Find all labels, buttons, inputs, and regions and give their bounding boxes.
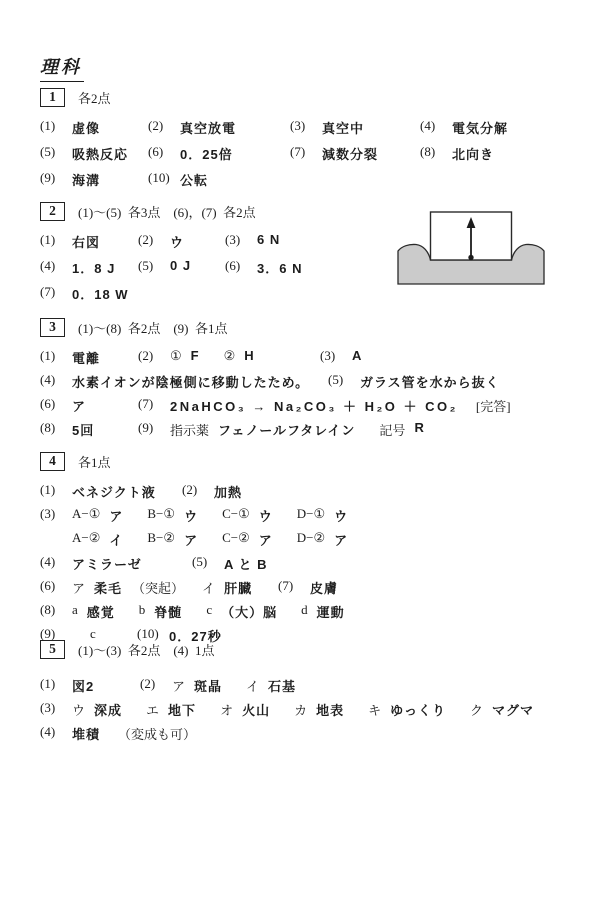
- question-number: (2): [140, 676, 172, 692]
- answer-text: 石基: [268, 676, 296, 695]
- question-number: (7): [138, 396, 170, 412]
- answer-row: (4)アミラーゼ(5)A と B: [40, 554, 586, 578]
- answer-key: 指示薬: [170, 420, 209, 439]
- answer-text: 地下: [168, 700, 196, 719]
- answer-key: ア: [172, 676, 185, 695]
- answer-text: 0 J: [170, 258, 191, 273]
- answer-row: (7)0．18 W: [40, 284, 586, 310]
- answer-cell: (1)虚像: [40, 118, 148, 137]
- answer-cell: (6)3．6 N: [225, 258, 302, 277]
- answer-row: (9)海溝(10)公転: [40, 170, 586, 196]
- answer-text: 水素イオンが陰極側に移動したため。: [72, 372, 309, 391]
- answer-cell: (1)ベネジクト液: [40, 482, 182, 501]
- answer-key: 記号: [379, 420, 405, 439]
- section-points: 各1点: [78, 452, 111, 471]
- answer-text: 地表: [316, 700, 344, 719]
- answer-text: 真空放電: [180, 118, 236, 137]
- answer-key-page: 理科 1各2点(1)虚像(2)真空放電(3)真空中(4)電気分解(5)吸熱反応(…: [0, 0, 600, 900]
- question-number: (7): [290, 144, 322, 160]
- question-number: (1): [40, 348, 72, 364]
- answer-cell: (7)2NaHCO₃ → Na₂CO₃ ＋ H₂O ＋ CO₂[完答]: [138, 396, 511, 415]
- section-points: (1)～(3) 各2点 (4) 1点: [78, 640, 214, 659]
- question-number: (6): [40, 578, 72, 594]
- answer-text: （大）脳: [221, 602, 277, 621]
- answer-key: ク: [470, 700, 483, 719]
- answer-text: 脊髄: [154, 602, 182, 621]
- answer-cell: (3)真空中: [290, 118, 420, 137]
- answer-row: (1)ベネジクト液(2)加熱: [40, 482, 586, 506]
- question-number: (5): [40, 144, 72, 160]
- answer-text: 吸熱反応: [72, 144, 128, 163]
- answer-cell: (5)A と B: [192, 554, 268, 573]
- answer-text: 2NaHCO₃ → Na₂CO₃ ＋ H₂O ＋ CO₂: [170, 396, 458, 415]
- answer-row: (3)A−①アB−①ウC−①ウD−①ウ: [40, 506, 586, 530]
- answer-cell: (4)電気分解: [420, 118, 508, 137]
- answer-cell: (5)ガラス管を水から抜く: [328, 372, 500, 391]
- section-header: 3(1)～(8) 各2点 (9) 各1点: [40, 318, 586, 336]
- answer-cell: (8)a感覚b脊髄c（大）脳d運動: [40, 602, 369, 621]
- section-points: (1)～(8) 各2点 (9) 各1点: [78, 318, 227, 337]
- section-1: 1各2点(1)虚像(2)真空放電(3)真空中(4)電気分解(5)吸熱反応(6)0…: [40, 88, 586, 196]
- question-number: (4): [420, 118, 452, 134]
- answer-row: (4)水素イオンが陰極側に移動したため。(5)ガラス管を水から抜く: [40, 372, 586, 396]
- section-header: 4各1点: [40, 452, 586, 470]
- question-number: (3): [225, 232, 257, 248]
- answer-text: ウ: [334, 506, 348, 525]
- answer-cell: (2)ウ: [138, 232, 225, 251]
- answer-text: イ: [109, 530, 123, 549]
- answer-key: D−②: [297, 530, 325, 546]
- answer-cell: (8)5回: [40, 420, 138, 439]
- answer-text: ゆっくり: [390, 700, 446, 719]
- question-number: (4): [40, 554, 72, 570]
- answer-text: 電離: [72, 348, 100, 367]
- answer-cell: (9)指示薬フェノールフタレイン記号R: [138, 420, 449, 439]
- question-number: (2): [138, 232, 170, 248]
- answer-cell: (9)海溝: [40, 170, 148, 189]
- question-number: (2): [148, 118, 180, 134]
- answer-key: ウ: [72, 700, 85, 719]
- question-number: (7): [278, 578, 310, 594]
- answer-text: ア: [109, 506, 123, 525]
- answer-text: H: [244, 348, 254, 363]
- answer-text: ウ: [184, 506, 198, 525]
- section-3: 3(1)～(8) 各2点 (9) 各1点(1)電離(2)①F②H(3)A(4)水…: [40, 318, 586, 444]
- answer-cell: (3)A: [320, 348, 362, 364]
- answer-note: （突起）: [132, 578, 184, 597]
- answer-cell: (6)0．25倍: [148, 144, 290, 163]
- question-number: (5): [138, 258, 170, 274]
- answer-cell: (10)公転: [148, 170, 208, 189]
- answer-key: c: [206, 602, 212, 618]
- section-number-box: 1: [40, 88, 65, 107]
- answer-cell: (2)ア斑晶イ石基: [140, 676, 320, 695]
- answer-text: ア: [184, 530, 198, 549]
- question-number: (2): [182, 482, 214, 498]
- question-number: (5): [192, 554, 224, 570]
- answer-row: (6)ア(7)2NaHCO₃ → Na₂CO₃ ＋ H₂O ＋ CO₂[完答]: [40, 396, 586, 420]
- answer-key: A−②: [72, 530, 100, 546]
- answer-row: (4)堆積（変成も可）: [40, 724, 586, 748]
- answer-cell: (1)図2: [40, 676, 140, 695]
- section-number-box: 5: [40, 640, 65, 659]
- section-points: 各2点: [78, 88, 111, 107]
- answer-cell: (3)A−①アB−①ウC−①ウD−①ウ: [40, 506, 372, 525]
- answer-text: R: [414, 420, 424, 435]
- answer-cell: (2)①F②H: [138, 348, 320, 364]
- section-number-box: 3: [40, 318, 65, 337]
- answer-text: 真空中: [322, 118, 364, 137]
- answer-cell: (1)電離: [40, 348, 138, 367]
- answer-cell: (2)加熱: [182, 482, 242, 501]
- answer-text: F: [191, 348, 200, 363]
- answer-text: 5回: [72, 420, 94, 439]
- section-header: 5(1)～(3) 各2点 (4) 1点: [40, 640, 586, 658]
- answer-key: イ: [202, 578, 215, 597]
- question-number: (3): [290, 118, 322, 134]
- answer-text: 斑晶: [194, 676, 222, 695]
- answer-text: 右図: [72, 232, 100, 251]
- answer-cell: (7)減数分裂: [290, 144, 420, 163]
- answer-key: オ: [220, 700, 233, 719]
- answer-text: ウ: [259, 506, 273, 525]
- answer-text: 0．25倍: [180, 144, 233, 163]
- answer-text: 火山: [242, 700, 270, 719]
- question-number: (8): [40, 602, 72, 618]
- answer-row: (1)虚像(2)真空放電(3)真空中(4)電気分解: [40, 118, 586, 144]
- answer-key: ア: [72, 578, 85, 597]
- section-5: 5(1)～(3) 各2点 (4) 1点(1)図2(2)ア斑晶イ石基(3)ウ深成エ…: [40, 640, 586, 748]
- answer-text: A と B: [224, 554, 268, 573]
- answer-text: 図2: [72, 676, 94, 695]
- answer-cell: (1)右図: [40, 232, 138, 251]
- answer-key: b: [139, 602, 146, 618]
- answer-text: 6 N: [257, 232, 280, 247]
- answer-text: ベネジクト液: [72, 482, 156, 501]
- answer-text: 北向き: [452, 144, 494, 163]
- question-number: (9): [40, 170, 72, 186]
- answer-cell: (2)真空放電: [148, 118, 290, 137]
- answer-key: C−①: [222, 506, 250, 522]
- answer-row: (5)吸熱反応(6)0．25倍(7)減数分裂(8)北向き: [40, 144, 586, 170]
- answer-text: 加熱: [214, 482, 242, 501]
- answer-key: キ: [368, 700, 381, 719]
- answer-key: ①: [170, 348, 182, 364]
- answer-text: 肝臓: [224, 578, 252, 597]
- section-4: 4各1点(1)ベネジクト液(2)加熱(3)A−①アB−①ウC−①ウD−①ウA−②…: [40, 452, 586, 650]
- answer-note: （変成も可）: [118, 724, 196, 743]
- answer-text: 柔毛: [94, 578, 122, 597]
- section-number-box: 2: [40, 202, 65, 221]
- question-number: (6): [225, 258, 257, 274]
- question-number: (8): [420, 144, 452, 160]
- answer-key: ②: [224, 348, 236, 364]
- question-number: (4): [40, 724, 72, 740]
- force-diagram: [394, 204, 548, 286]
- answer-text: 感覚: [87, 602, 115, 621]
- answer-key: C−②: [222, 530, 250, 546]
- answer-text: 公転: [180, 170, 208, 189]
- answer-key: カ: [294, 700, 307, 719]
- question-number: (6): [148, 144, 180, 160]
- answer-cell: (7)皮膚: [278, 578, 338, 597]
- answer-text: ア: [334, 530, 348, 549]
- answer-key: エ: [146, 700, 159, 719]
- question-number: (1): [40, 676, 72, 692]
- question-number: (1): [40, 118, 72, 134]
- answer-text: ア: [259, 530, 273, 549]
- answer-cell: (6)ア: [40, 396, 138, 415]
- answer-text: 減数分裂: [322, 144, 378, 163]
- answer-text: ア: [72, 396, 86, 415]
- question-number: (5): [328, 372, 360, 388]
- answer-key: A−①: [72, 506, 100, 522]
- answer-text: 電気分解: [452, 118, 508, 137]
- answer-text: ウ: [170, 232, 184, 251]
- answer-key: D−①: [297, 506, 325, 522]
- answer-cell: (5)吸熱反応: [40, 144, 148, 163]
- answer-cell: (4)水素イオンが陰極側に移動したため。: [40, 372, 328, 391]
- answer-text: 3．6 N: [257, 258, 302, 277]
- answer-cell: (5)0 J: [138, 258, 225, 274]
- answer-row: (8)a感覚b脊髄c（大）脳d運動: [40, 602, 586, 626]
- answer-text: マグマ: [492, 700, 534, 719]
- section-header: 1各2点: [40, 88, 586, 106]
- answer-row: (8)5回(9)指示薬フェノールフタレイン記号R: [40, 420, 586, 444]
- answer-row: (6)ア柔毛（突起）イ肝臓(7)皮膚: [40, 578, 586, 602]
- answer-text: 1．8 J: [72, 258, 115, 277]
- answer-text: 0．18 W: [72, 284, 129, 303]
- question-number: (1): [40, 482, 72, 498]
- question-number: (7): [40, 284, 72, 300]
- question-number: (3): [40, 700, 72, 716]
- answer-key: B−①: [147, 506, 175, 522]
- answer-text: 運動: [317, 602, 345, 621]
- answer-cell: (4)1．8 J: [40, 258, 138, 277]
- answer-cell: (8)北向き: [420, 144, 494, 163]
- answer-row: (3)ウ深成エ地下オ火山カ地表キゆっくりクマグマ: [40, 700, 586, 724]
- question-number: (4): [40, 258, 72, 274]
- answer-cell: (4)アミラーゼ: [40, 554, 192, 573]
- answer-text: フェノールフタレイン: [218, 420, 355, 439]
- page-title: 理科: [40, 53, 84, 82]
- question-number: (3): [40, 506, 72, 522]
- answer-text: 深成: [94, 700, 122, 719]
- answer-text: 海溝: [72, 170, 100, 189]
- question-number: (1): [40, 232, 72, 248]
- answer-key: B−②: [147, 530, 175, 546]
- section-number-box: 4: [40, 452, 65, 471]
- question-number: (3): [320, 348, 352, 364]
- question-number: (6): [40, 396, 72, 412]
- answer-note: [完答]: [476, 396, 511, 415]
- answer-cell: (4)堆積（変成も可）: [40, 724, 196, 743]
- answer-cell: (3)ウ深成エ地下オ火山カ地表キゆっくりクマグマ: [40, 700, 558, 719]
- force-origin-dot: [468, 255, 473, 260]
- answer-text: アミラーゼ: [72, 554, 142, 573]
- answer-cell: (6)ア柔毛（突起）イ肝臓: [40, 578, 278, 597]
- question-number: (9): [138, 420, 170, 436]
- answer-cell: A−②イB−②アC−②アD−②ア: [40, 530, 372, 549]
- question-number: (2): [138, 348, 170, 364]
- question-number: (4): [40, 372, 72, 388]
- answer-text: 堆積: [72, 724, 100, 743]
- answer-cell: (3)6 N: [225, 232, 280, 248]
- answer-cell: (7)0．18 W: [40, 284, 129, 303]
- answer-text: 虚像: [72, 118, 100, 137]
- answer-key: イ: [246, 676, 259, 695]
- question-number: (10): [148, 170, 180, 186]
- answer-text: A: [352, 348, 362, 363]
- section-points: (1)～(5) 各3点 (6)，(7) 各2点: [78, 202, 256, 221]
- answer-text: 皮膚: [310, 578, 338, 597]
- answer-row: (1)図2(2)ア斑晶イ石基: [40, 676, 586, 700]
- answer-row: A−②イB−②アC−②アD−②ア: [40, 530, 586, 554]
- answer-row: (1)電離(2)①F②H(3)A: [40, 348, 586, 372]
- answer-key: d: [301, 602, 308, 618]
- question-number: (8): [40, 420, 72, 436]
- answer-text: ガラス管を水から抜く: [360, 372, 500, 391]
- answer-key: a: [72, 602, 78, 618]
